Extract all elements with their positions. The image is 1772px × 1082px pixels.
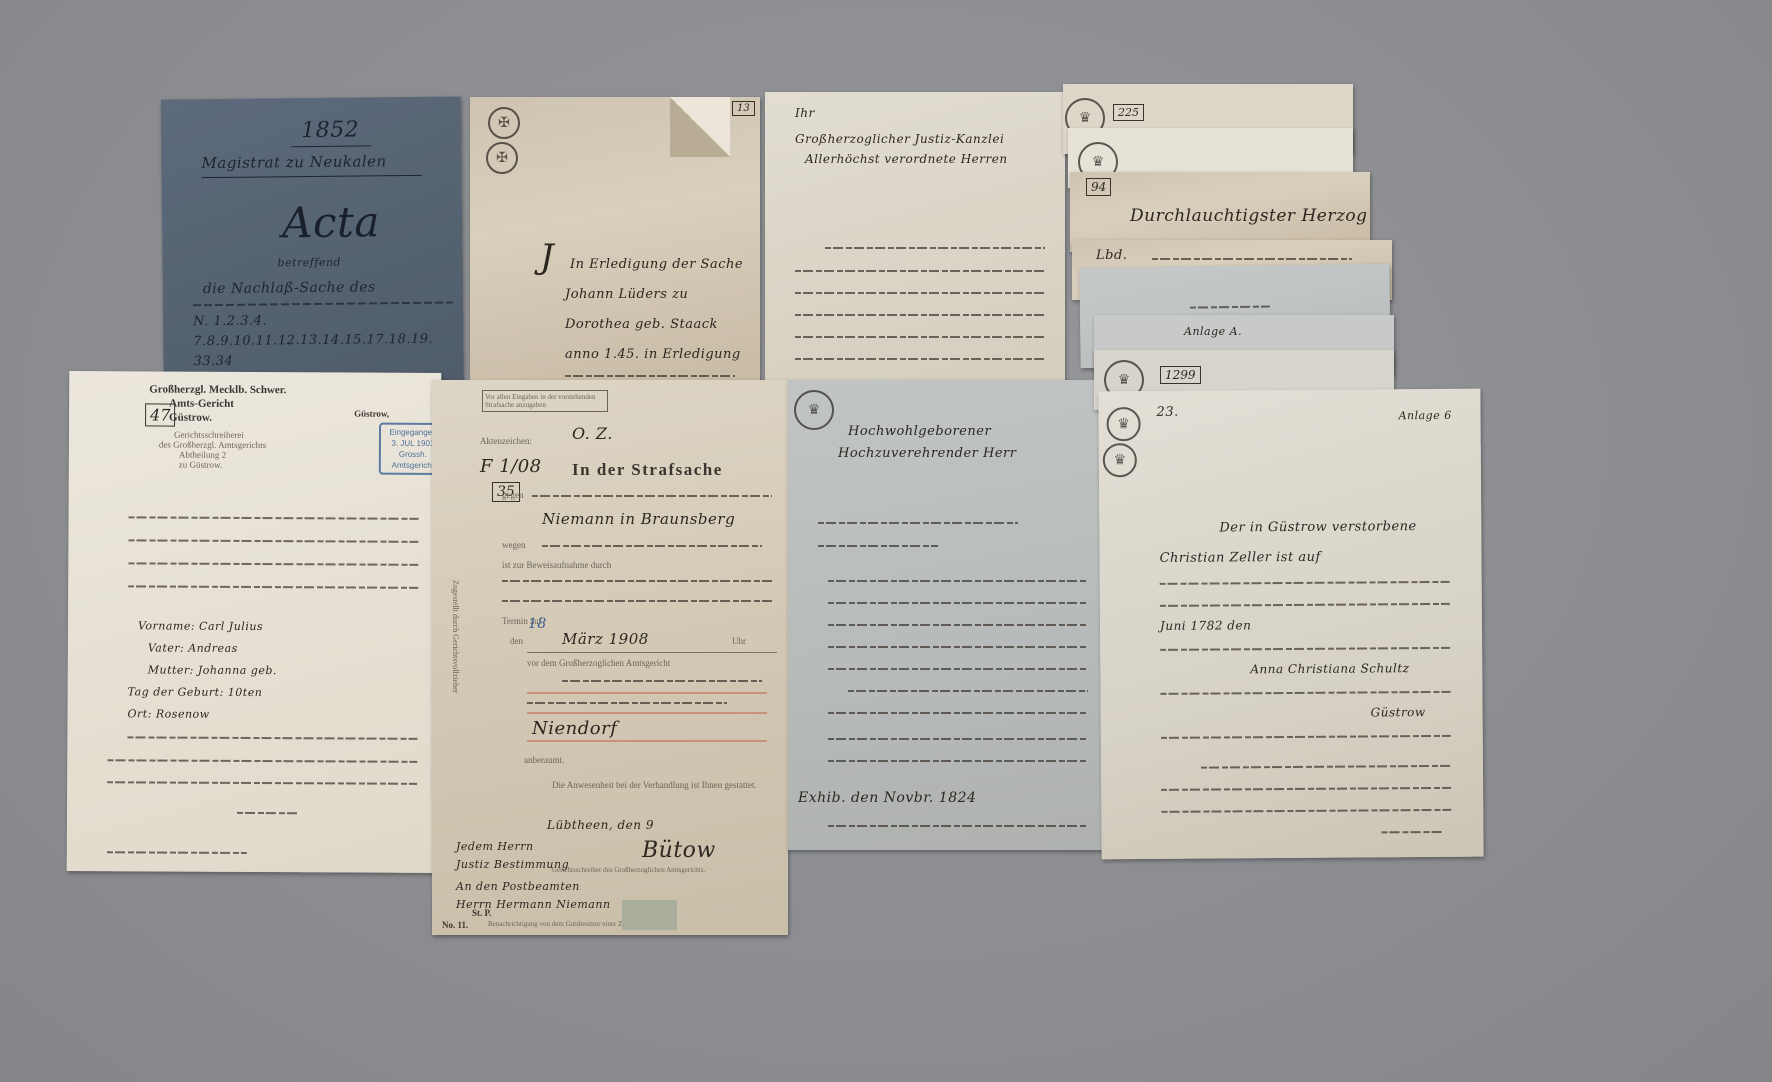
seal-stamp-icon: ♛	[794, 390, 834, 430]
right-letter-number: 1299	[1160, 366, 1201, 384]
letterhead-sub-3: Abtheilung 2	[179, 450, 226, 460]
seal-stamp-icon: ✠	[486, 142, 518, 174]
clerk-signature: Bütow	[642, 838, 716, 863]
seal-stamp-icon: ♛	[1106, 407, 1140, 441]
file-label: Aktenzeichen:	[480, 436, 532, 446]
letterhead-sub-4: zu Güstrow.	[179, 460, 222, 470]
anberaumt-label: anberaumt.	[524, 755, 564, 765]
form-number: No. 11.	[442, 920, 468, 930]
date-value: März 1908	[562, 630, 649, 648]
clerk-title: Gerichtsschreiber des Großherzoglichen A…	[552, 866, 705, 874]
blue-date: Exhib. den Novbr. 1824	[798, 790, 976, 806]
date-prefix: den	[510, 636, 523, 646]
document-number: 13	[732, 101, 755, 116]
beweis-label: ist zur Beweisaufnahme durch	[502, 560, 611, 570]
sign-place: Lübtheen, den 9	[547, 818, 654, 832]
file-number: F 1/08	[480, 456, 542, 477]
cover-line1: betreffend	[277, 256, 341, 270]
right-text-1: Der in Güstrow verstorbene	[1219, 519, 1416, 535]
time-suffix: Uhr	[732, 636, 746, 646]
right-text-3: Juni 1782 den	[1160, 618, 1251, 633]
court-line: vor dem Großherzoglichen Amtsgericht	[527, 658, 670, 668]
letterhead-sub-1: Gerichtsschreiberei	[174, 430, 244, 440]
reference-mark: O. Z.	[572, 424, 613, 443]
notice-box: Vor allen Eingaben in der vorstehenden S…	[482, 390, 608, 412]
blue-heading-2: Hochzuverehrender Herr	[838, 446, 1016, 461]
cover-subtitle: Magistrat zu Neukalen	[201, 152, 386, 172]
stack-number-2: 94	[1086, 178, 1111, 196]
gegen-label: gegen	[502, 490, 524, 500]
cover-line2: die Nachlaß-Sache des	[203, 279, 376, 297]
right-letter-page: 23.	[1156, 405, 1178, 420]
blue-heading-1: Hochwohlgeborener	[848, 424, 991, 439]
folded-corner	[670, 97, 730, 157]
amtsgericht-letter: Großherzgl. Mecklb. Schwer. Amts-Gericht…	[67, 371, 442, 873]
deed-text-1: In Erledigung der Sache	[570, 257, 743, 272]
right-letter-label: Anlage 6	[1399, 409, 1452, 422]
cover-numbers-3: 33.34	[193, 354, 233, 369]
letterhead-line-2: Amts-Gericht	[169, 398, 234, 410]
deed-text-2: Johann Lüders zu	[565, 287, 688, 302]
summons-form: Vor allen Eingaben in der vorstehenden S…	[432, 380, 788, 935]
stack-label: Lbd.	[1096, 248, 1127, 263]
letterhead-sub-2: des Großherzgl. Amtsgerichts	[159, 439, 266, 450]
petition-heading-1: Großherzoglicher Justiz-Kanzlei	[795, 132, 1004, 146]
deed-document: ✠ ✠ 13 J In Erledigung der Sache Johann …	[470, 97, 760, 397]
cover-year: 1852	[301, 118, 359, 144]
deed-text-3: Dorothea geb. Staack	[565, 317, 718, 332]
deed-text-4: anno 1.45. in Erledigung	[565, 347, 741, 362]
right-text-4: Anna Christiana Schultz	[1250, 661, 1409, 676]
cover-numbers-1: N. 1.2.3.4.	[193, 313, 267, 329]
summons-heading: In der Strafsache	[572, 460, 723, 480]
stack-heading: Durchlauchtigster Herzog	[1130, 206, 1368, 226]
cover-title: Acta	[282, 197, 380, 247]
right-text-2: Christian Zeller ist auf	[1159, 550, 1320, 566]
letterhead-line-3: Güstrow.	[169, 412, 212, 424]
form-series: St. P.	[472, 908, 491, 918]
person-line-5: Ort: Rosenow	[127, 707, 209, 720]
place-name: Niendorf	[532, 718, 617, 739]
presence-notice: Die Anwesenheit bei der Verhandlung ist …	[552, 780, 757, 790]
petition-document: Ihr Großherzoglicher Justiz-Kanzlei Alle…	[765, 92, 1065, 392]
letter-place: Güstrow,	[354, 409, 389, 419]
right-letter: ♛ ♛ 23. Anlage 6 Der in Güstrow verstorb…	[1098, 389, 1483, 860]
petition-heading-2: Allerhöchst verordnete Herren	[805, 152, 1008, 166]
person-line-1: Vorname: Carl Julius	[138, 619, 263, 633]
blue-letter: ♛ Hochwohlgeborener Hochzuverehrender He…	[788, 380, 1133, 850]
cover-numbers-2: 7.8.9.10.11.12.13.14.15.17.18.19.	[193, 332, 433, 350]
stack-number-1: 225	[1113, 104, 1144, 121]
wegen-label: wegen	[502, 540, 526, 550]
green-paper-scrap	[622, 900, 677, 930]
letterhead-line-1: Großherzgl. Mecklb. Schwer.	[149, 383, 286, 396]
person-line-2: Vater: Andreas	[148, 641, 238, 654]
person-line-3: Mutter: Johanna geb.	[148, 663, 277, 677]
file-number: 47	[145, 403, 175, 426]
right-text-5: Güstrow	[1371, 705, 1426, 719]
seal-stamp-icon: ♛	[1103, 443, 1137, 477]
date-day: 18	[528, 616, 547, 632]
person-line-4: Tag der Geburt: 10ten	[128, 685, 263, 699]
seal-stamp-icon: ✠	[488, 107, 520, 139]
